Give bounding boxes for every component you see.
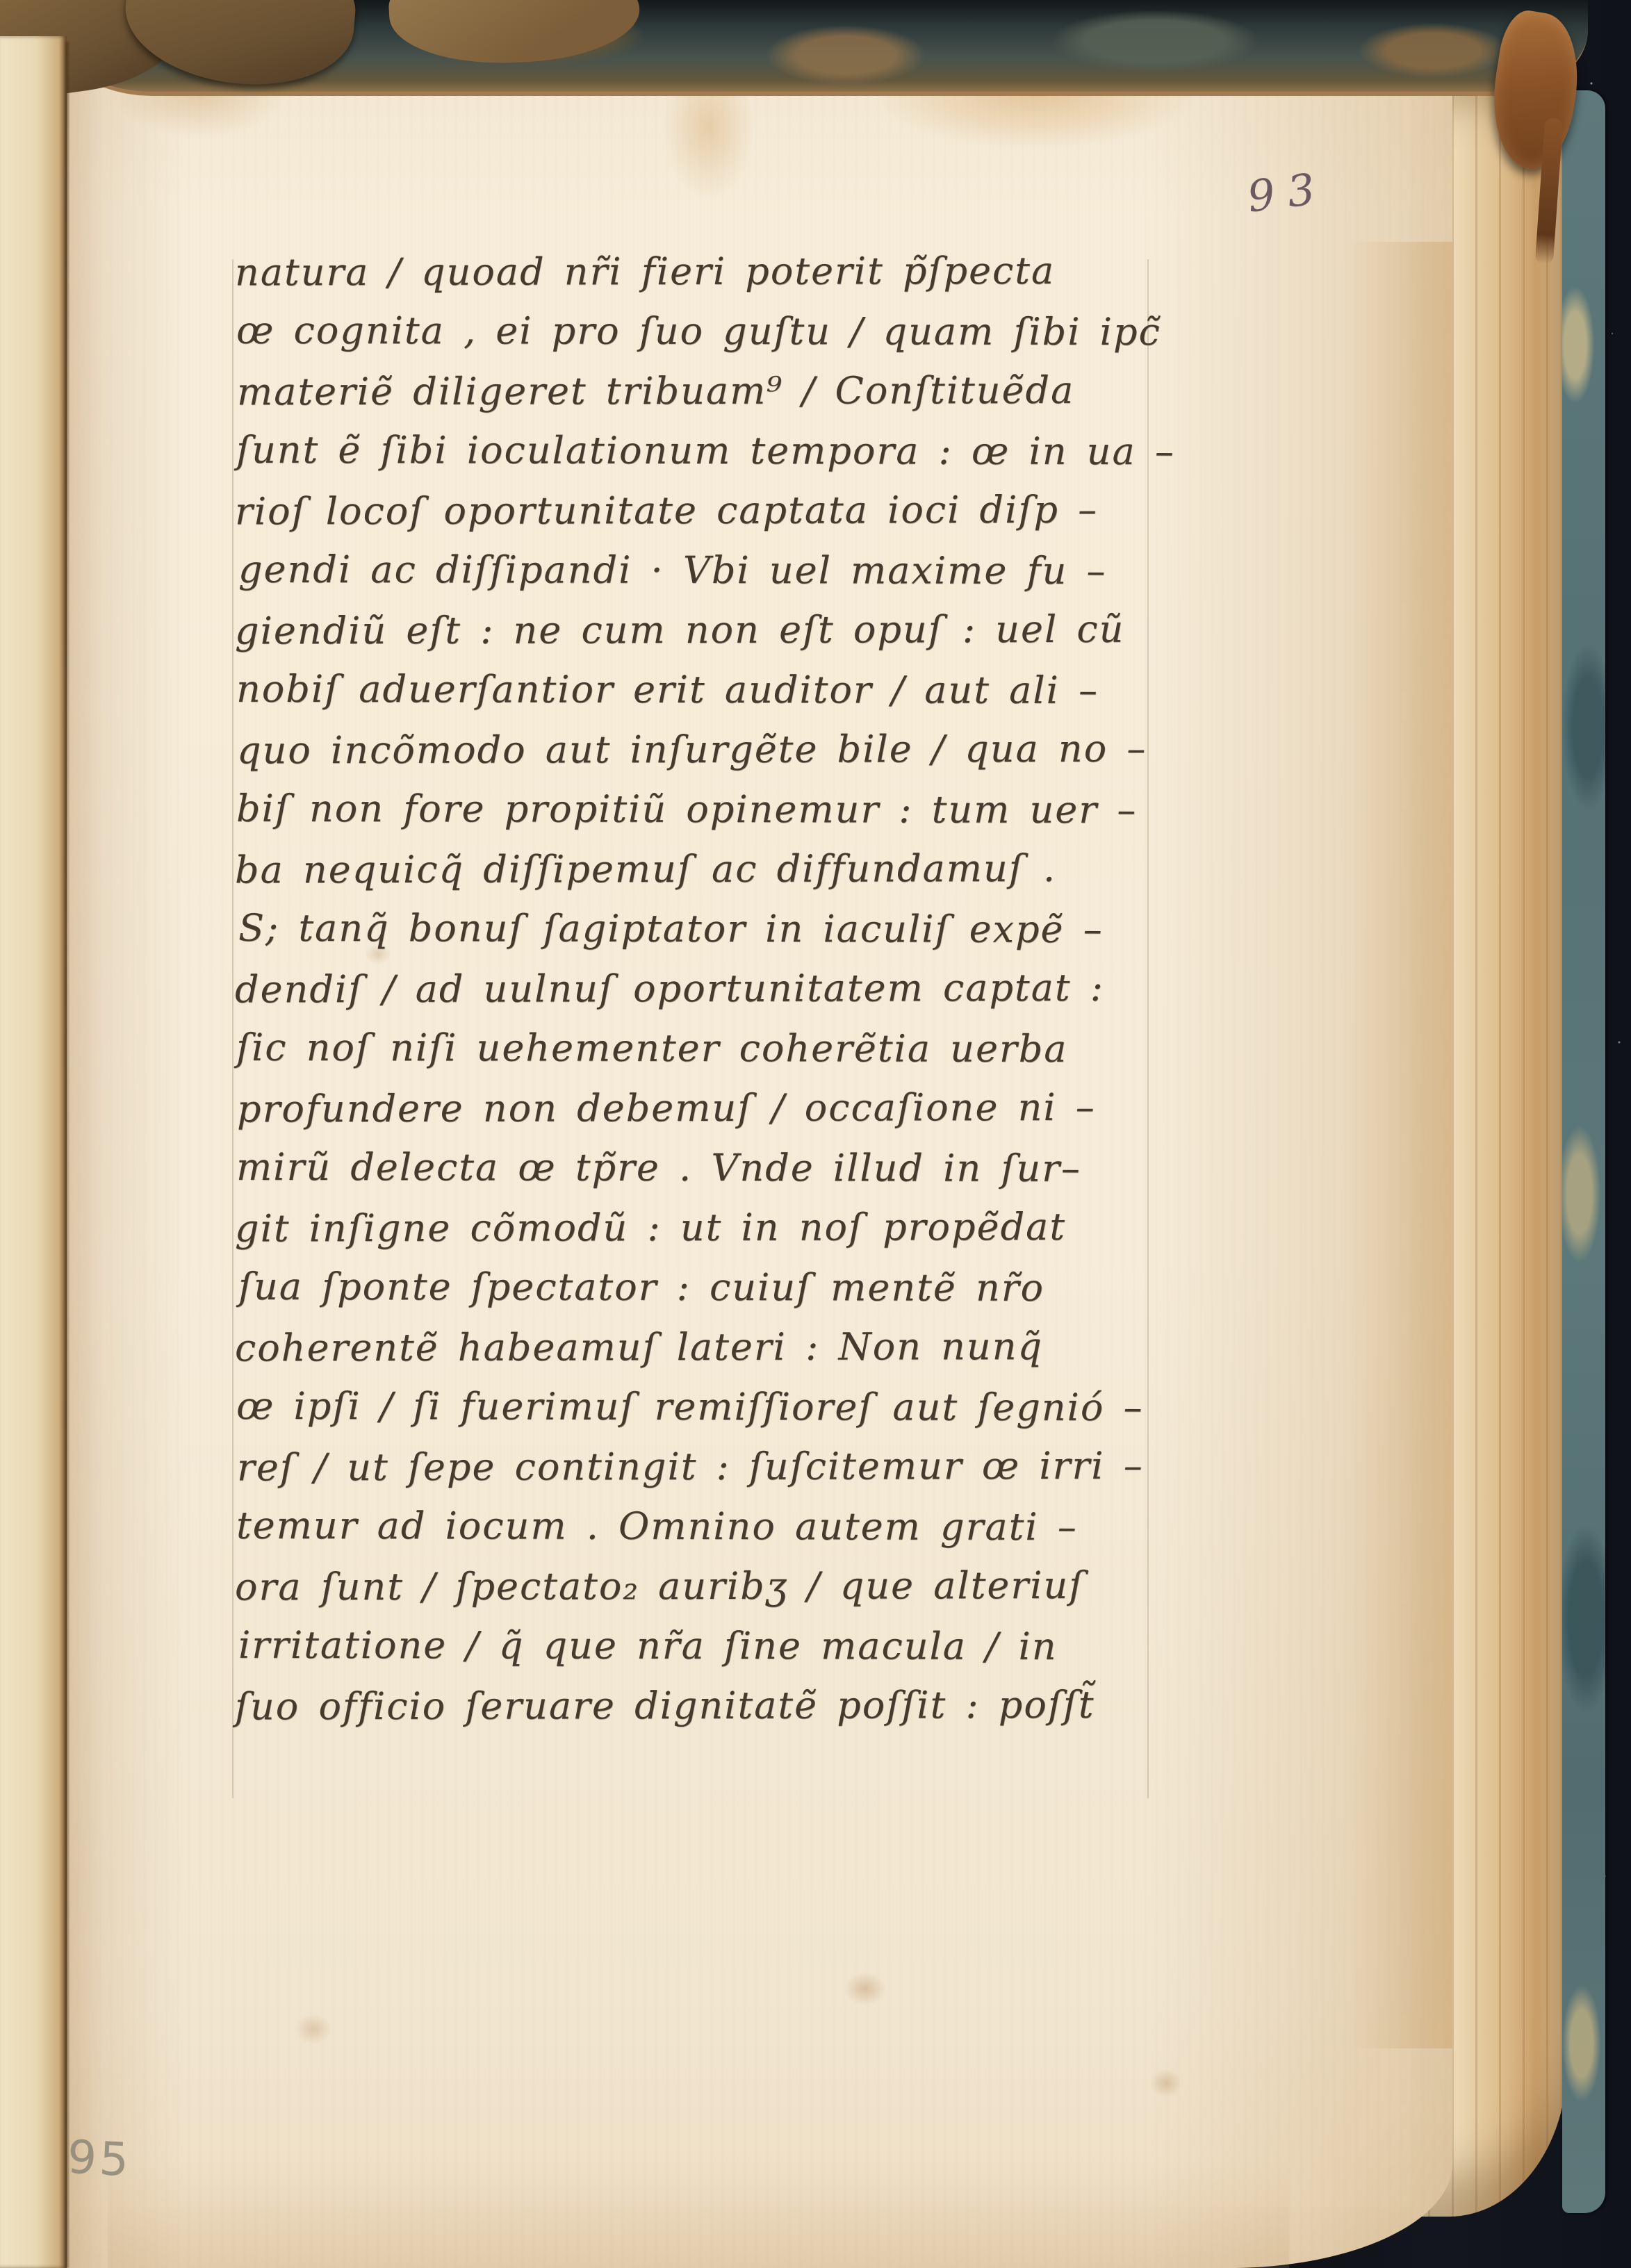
text-line: coherentẽ habeamuſ lateri : Non nunq̃ (235, 1317, 1180, 1379)
text-line: git inſigne cõmodũ : ut in noſ propẽdat (235, 1197, 1180, 1259)
book-cover-edge (1562, 90, 1605, 2213)
text-line: dendiſ / ad uulnuſ oportunitatem captat … (235, 958, 1180, 1020)
text-block: natura / quoad nr̃i fieri poterit p̃ſpec… (235, 242, 1180, 1736)
text-line: reſ / ut ſepe contingit : ſuſcitemur œ i… (235, 1436, 1180, 1498)
folio-number: 93 (1245, 162, 1330, 222)
text-line: gendi ac diſſipandi · Vbi uel maxime fu … (236, 540, 1181, 601)
photo-of-manuscript: { "page": { "folio_number": "93", "penci… (0, 0, 1631, 2268)
stain (108, 2160, 1289, 2268)
stain (1150, 2069, 1182, 2097)
text-line: quo incõmodo aut inſurgẽte bile / qua no… (235, 719, 1180, 781)
stain (844, 1972, 886, 2005)
text-line: mirũ delecta œ tp̃re . Vnde illud in ſur… (236, 1137, 1181, 1199)
text-line: ora ſunt / ſpectato₂ auribʒ / que alteri… (235, 1556, 1180, 1618)
manuscript-page: 93 natura / quoad nr̃i fieri poterit p̃ſ… (66, 33, 1452, 2268)
text-line: irritatione / q̃ que nr̃a ſine macula / … (236, 1616, 1181, 1677)
text-line: œ ipſi / ſi fuerimuſ remiſſioreſ aut ſeg… (236, 1377, 1181, 1438)
text-line: rioſ locoſ oportunitate captata ioci diſ… (235, 480, 1180, 542)
text-line: S; tanq̃ bonuſ ſagiptator in iaculiſ exp… (236, 898, 1181, 960)
text-line: nobiſ aduerſantior erit auditor / aut al… (236, 659, 1181, 721)
pencil-number: 95 (66, 2130, 133, 2187)
text-line: ba nequicq̃ diſſipemuſ ac diffundamuſ . (235, 839, 1180, 901)
text-line: biſ non fore propitiũ opinemur : tum uer… (236, 779, 1181, 840)
text-line: natura / quoad nr̃i fieri poterit p̃ſpec… (235, 241, 1180, 303)
text-line: ſuo officio ſeruare dignitatẽ poſſit : p… (235, 1675, 1180, 1737)
text-line: giendiũ eſt : ne cum non eſt opuſ : uel … (235, 600, 1180, 661)
stain (295, 2014, 331, 2044)
text-line: ſunt ẽ ſibi ioculationum tempora : œ in … (236, 420, 1181, 482)
text-line: ſua ſponte ſpectator : cuiuſ mentẽ nr̃o (236, 1257, 1181, 1318)
gutter-fold (65, 42, 69, 2268)
text-line: ſic noſ niſi uehementer coherẽtia uerba (236, 1018, 1181, 1079)
ruling-line-left (232, 259, 233, 1798)
text-line: materiẽ diligeret tribuam⁹ / Conſtituẽda (235, 361, 1180, 422)
text-line: temur ad iocum . Omnino autem grati – (236, 1496, 1181, 1557)
previous-page-edge (0, 36, 67, 2268)
stain (1348, 242, 1452, 2048)
text-line: profundere non debemuſ / occaſione ni – (235, 1078, 1180, 1140)
text-line: œ cognita , ei pro ſuo guſtu / quam ſibi… (236, 301, 1181, 362)
